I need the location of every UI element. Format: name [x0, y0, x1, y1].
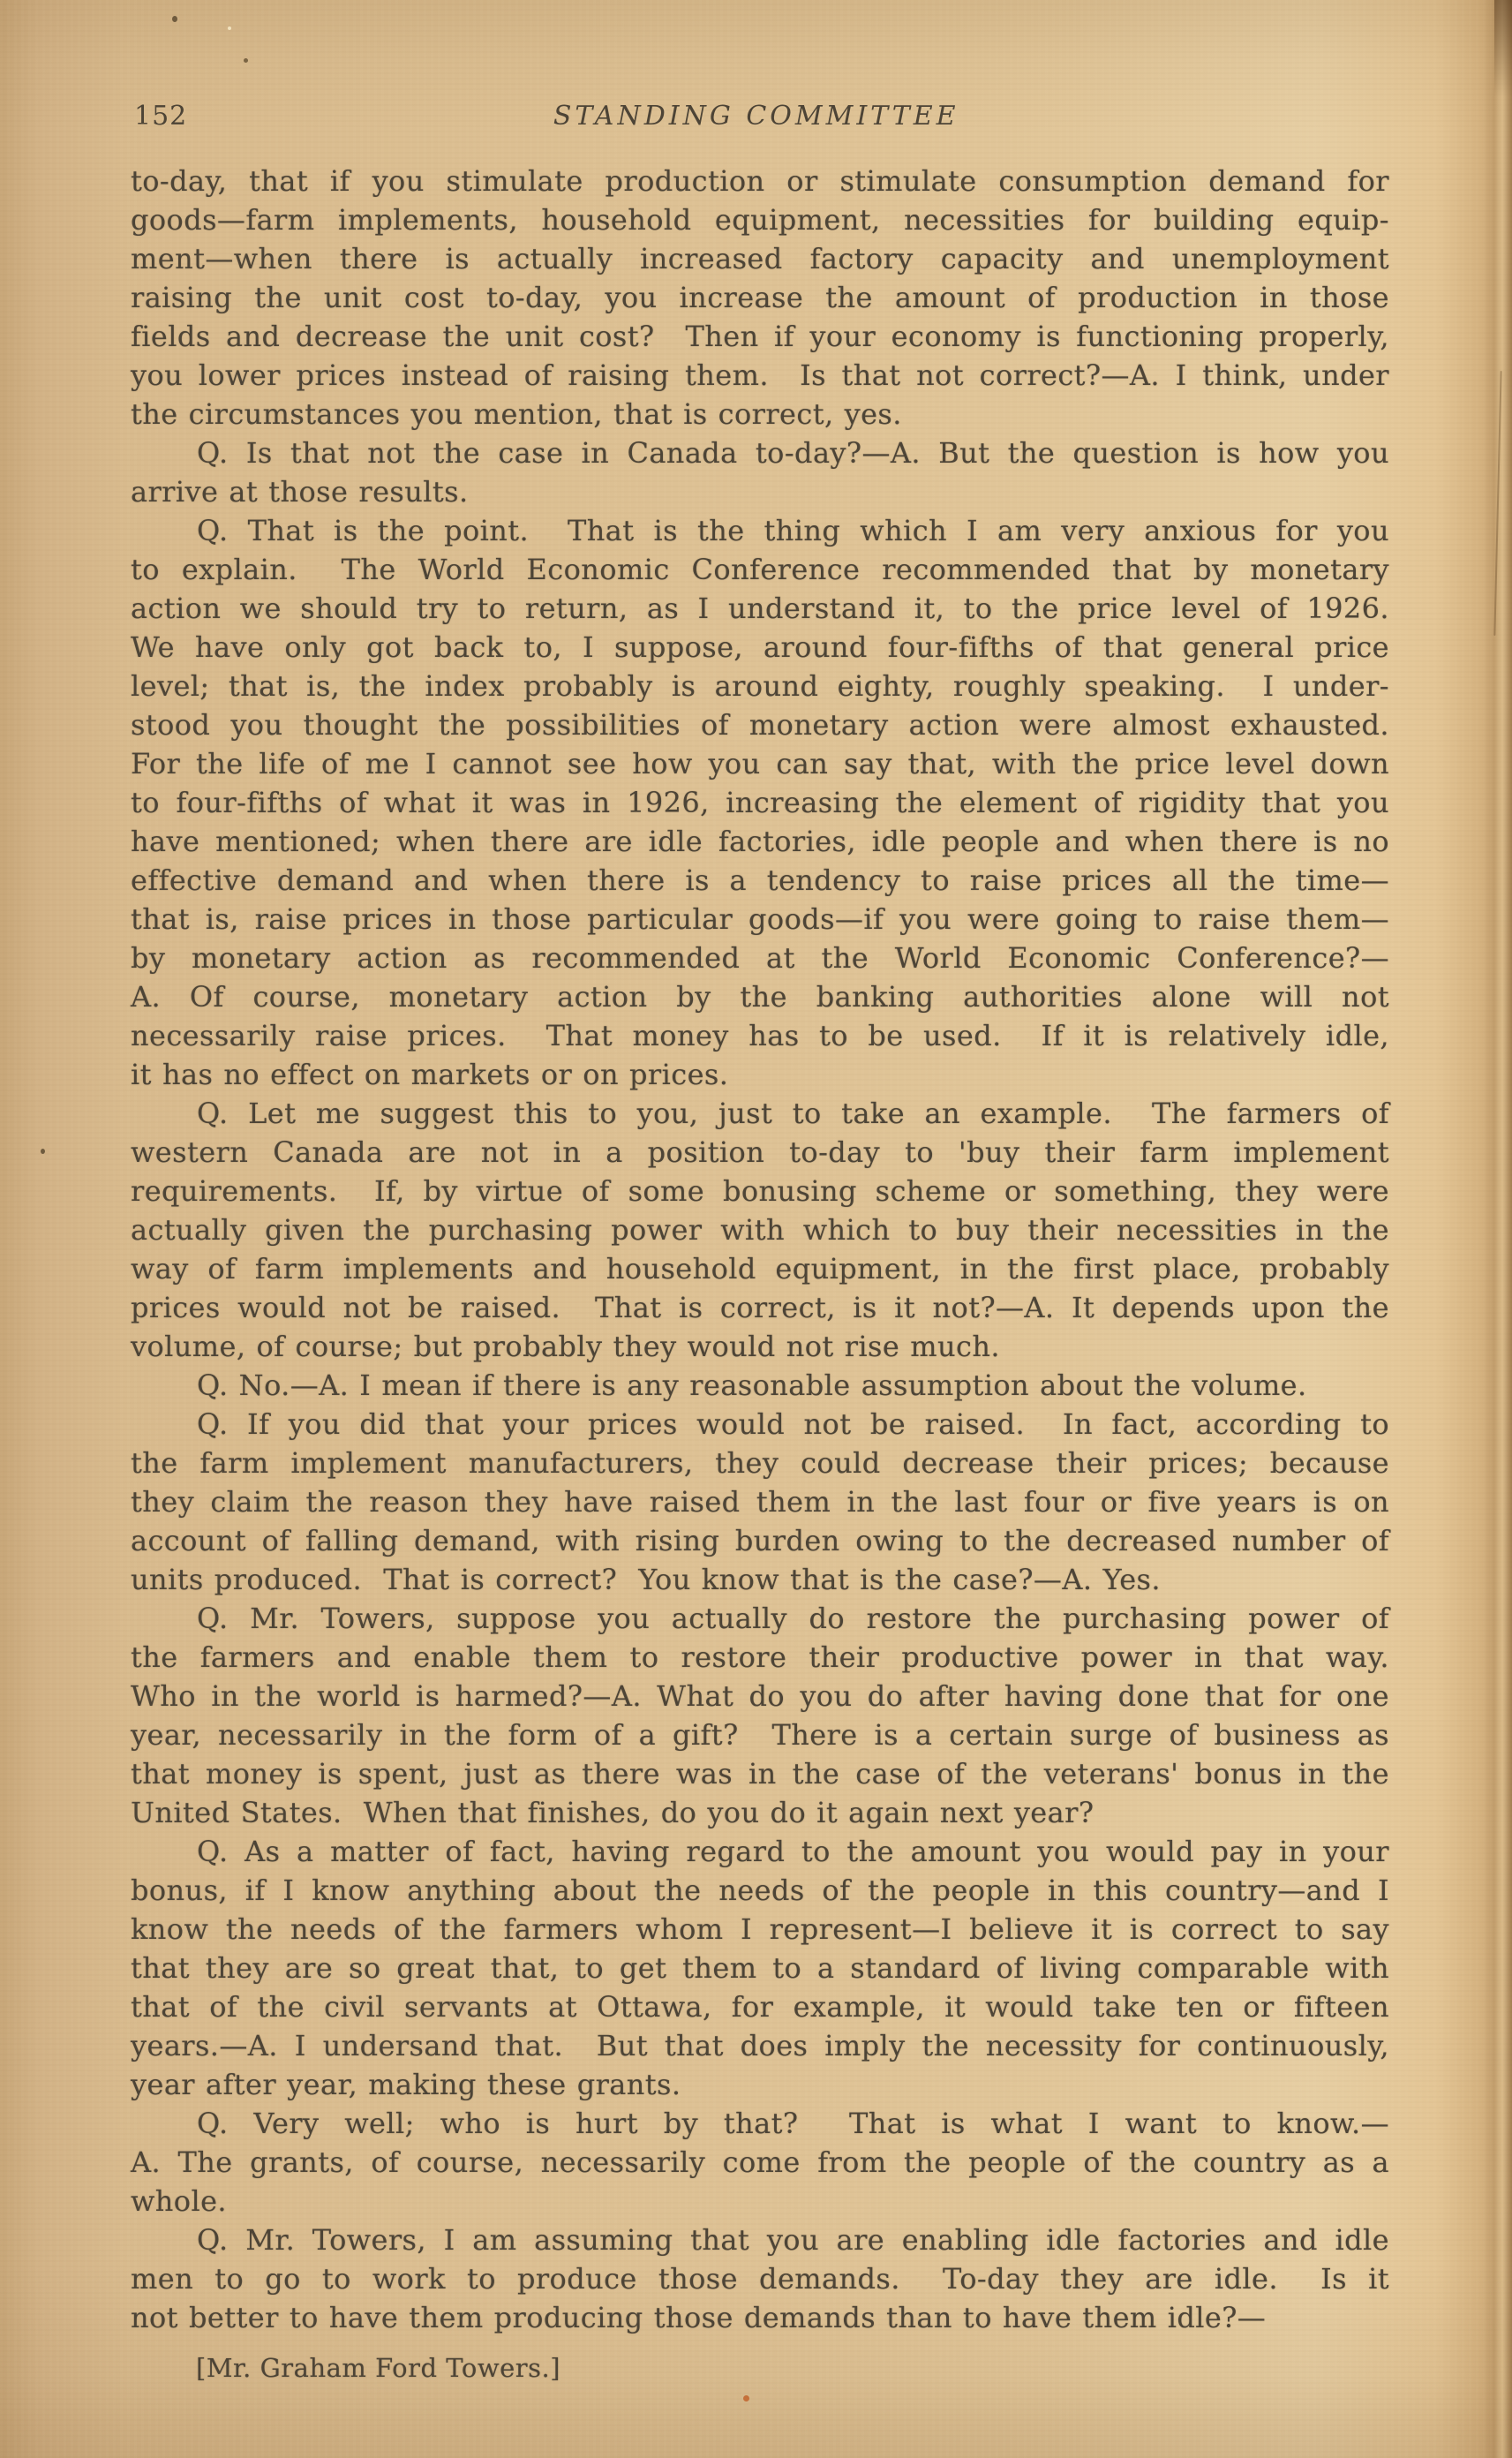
page-edge-shading	[1482, 0, 1512, 2458]
body-line: A. The grants, of course, necessarily co…	[131, 2143, 1389, 2182]
body-line: stood you thought the possibilities of m…	[131, 705, 1389, 744]
scan-speck	[41, 1149, 45, 1154]
body-line: the circumstances you mention, that is c…	[131, 395, 1389, 434]
paragraph: Q. Mr. Towers, I am assuming that you ar…	[131, 2220, 1389, 2337]
scan-speck	[172, 16, 177, 22]
body-line: western Canada are not in a position to-…	[131, 1133, 1389, 1172]
paragraph: Q. That is the point. That is the thing …	[131, 511, 1389, 1094]
body-line: ment—when there is actually increased fa…	[131, 239, 1389, 278]
body-line: Who in the world is harmed?—A. What do y…	[131, 1677, 1389, 1715]
body-line: requirements. If, by virtue of some bonu…	[131, 1172, 1389, 1210]
body-line: to-day, that if you stimulate production…	[131, 162, 1389, 200]
body-line: Q. Let me suggest this to you, just to t…	[131, 1094, 1389, 1133]
body-line: arrive at those results.	[131, 472, 1389, 511]
body-line: actually given the purchasing power with…	[131, 1210, 1389, 1249]
body-line: raising the unit cost to-day, you increa…	[131, 278, 1389, 317]
running-title: STANDING COMMITTEE	[553, 99, 959, 134]
body-line: Q. Is that not the case in Canada to-day…	[131, 434, 1389, 472]
body-line: by monetary action as recommended at the…	[131, 939, 1389, 977]
body-line: Q. Mr. Towers, I am assuming that you ar…	[131, 2220, 1389, 2259]
paragraph: to-day, that if you stimulate production…	[131, 162, 1389, 434]
scan-speck	[244, 58, 248, 63]
body-line: Q. If you did that your prices would not…	[131, 1405, 1389, 1444]
paragraph: Q. Mr. Towers, suppose you actually do r…	[131, 1599, 1389, 1832]
paragraph: Q. Is that not the case in Canada to-day…	[131, 434, 1389, 511]
body-line: Q. Very well; who is hurt by that? That …	[131, 2104, 1389, 2143]
body-line: effective demand and when there is a ten…	[131, 861, 1389, 900]
body-line: that they are so great that, to get them…	[131, 1949, 1389, 1987]
body-line: units produced. That is correct? You kno…	[131, 1560, 1389, 1599]
body-line: year after year, making these grants.	[131, 2065, 1389, 2104]
body-line: fields and decrease the unit cost? Then …	[131, 317, 1389, 356]
body-line: necessarily raise prices. That money has…	[131, 1016, 1389, 1055]
body-line: that money is spent, just as there was i…	[131, 1754, 1389, 1793]
body-line: bonus, if I know anything about the need…	[131, 1871, 1389, 1910]
page-number: 152	[134, 99, 187, 134]
speaker-footnote: [Mr. Graham Ford Towers.]	[196, 2350, 560, 2386]
body-line: Q. As a matter of fact, having regard to…	[131, 1832, 1389, 1871]
scanned-page: 152 STANDING COMMITTEE to-day, that if y…	[0, 0, 1512, 2458]
body-line: it has no effect on markets or on prices…	[131, 1055, 1389, 1094]
body-line: know the needs of the farmers whom I rep…	[131, 1910, 1389, 1949]
body-line: volume, of course; but probably they wou…	[131, 1327, 1389, 1366]
body-line: level; that is, the index probably is ar…	[131, 667, 1389, 705]
body-line: prices would not be raised. That is corr…	[131, 1288, 1389, 1327]
body-line: Q. Mr. Towers, suppose you actually do r…	[131, 1599, 1389, 1638]
paragraph: Q. No.—A. I mean if there is any reasona…	[131, 1366, 1389, 1405]
body-line: Q. That is the point. That is the thing …	[131, 511, 1389, 550]
scan-speck	[743, 2395, 749, 2401]
transcript-body: to-day, that if you stimulate production…	[131, 162, 1389, 2337]
body-line: have mentioned; when there are idle fact…	[131, 822, 1389, 861]
body-line: the farm implement manufacturers, they c…	[131, 1444, 1389, 1482]
paragraph: Q. As a matter of fact, having regard to…	[131, 1832, 1389, 2104]
paragraph: Q. Let me suggest this to you, just to t…	[131, 1094, 1389, 1366]
body-line: the farmers and enable them to restore t…	[131, 1638, 1389, 1677]
body-line: goods—farm implements, household equipme…	[131, 200, 1389, 239]
body-line: We have only got back to, I suppose, aro…	[131, 628, 1389, 667]
body-line: way of farm implements and household equ…	[131, 1249, 1389, 1288]
body-line: action we should try to return, as I und…	[131, 589, 1389, 628]
body-line: to explain. The World Economic Conferenc…	[131, 550, 1389, 589]
page-header: 152 STANDING COMMITTEE	[131, 99, 1406, 138]
body-line: United States. When that finishes, do yo…	[131, 1793, 1389, 1832]
page-crease	[1493, 371, 1501, 636]
body-line: they claim the reason they have raised t…	[131, 1482, 1389, 1521]
scan-speck	[228, 26, 231, 30]
body-line: that is, raise prices in those particula…	[131, 900, 1389, 939]
body-line: For the life of me I cannot see how you …	[131, 744, 1389, 783]
body-line: Q. No.—A. I mean if there is any reasona…	[131, 1366, 1389, 1405]
body-line: A. Of course, monetary action by the ban…	[131, 977, 1389, 1016]
body-line: account of falling demand, with rising b…	[131, 1521, 1389, 1560]
body-line: not better to have them producing those …	[131, 2298, 1389, 2337]
body-line: whole.	[131, 2182, 1389, 2220]
spine-corner-shadow	[1494, 0, 1512, 97]
body-line: years.—A. I undersand that. But that doe…	[131, 2026, 1389, 2065]
body-line: to four-fifths of what it was in 1926, i…	[131, 783, 1389, 822]
paragraph: Q. If you did that your prices would not…	[131, 1405, 1389, 1599]
body-line: men to go to work to produce those deman…	[131, 2259, 1389, 2298]
body-line: that of the civil servants at Ottawa, fo…	[131, 1987, 1389, 2026]
body-line: year, necessarily in the form of a gift?…	[131, 1715, 1389, 1754]
paragraph: Q. Very well; who is hurt by that? That …	[131, 2104, 1389, 2220]
body-line: you lower prices instead of raising them…	[131, 356, 1389, 395]
